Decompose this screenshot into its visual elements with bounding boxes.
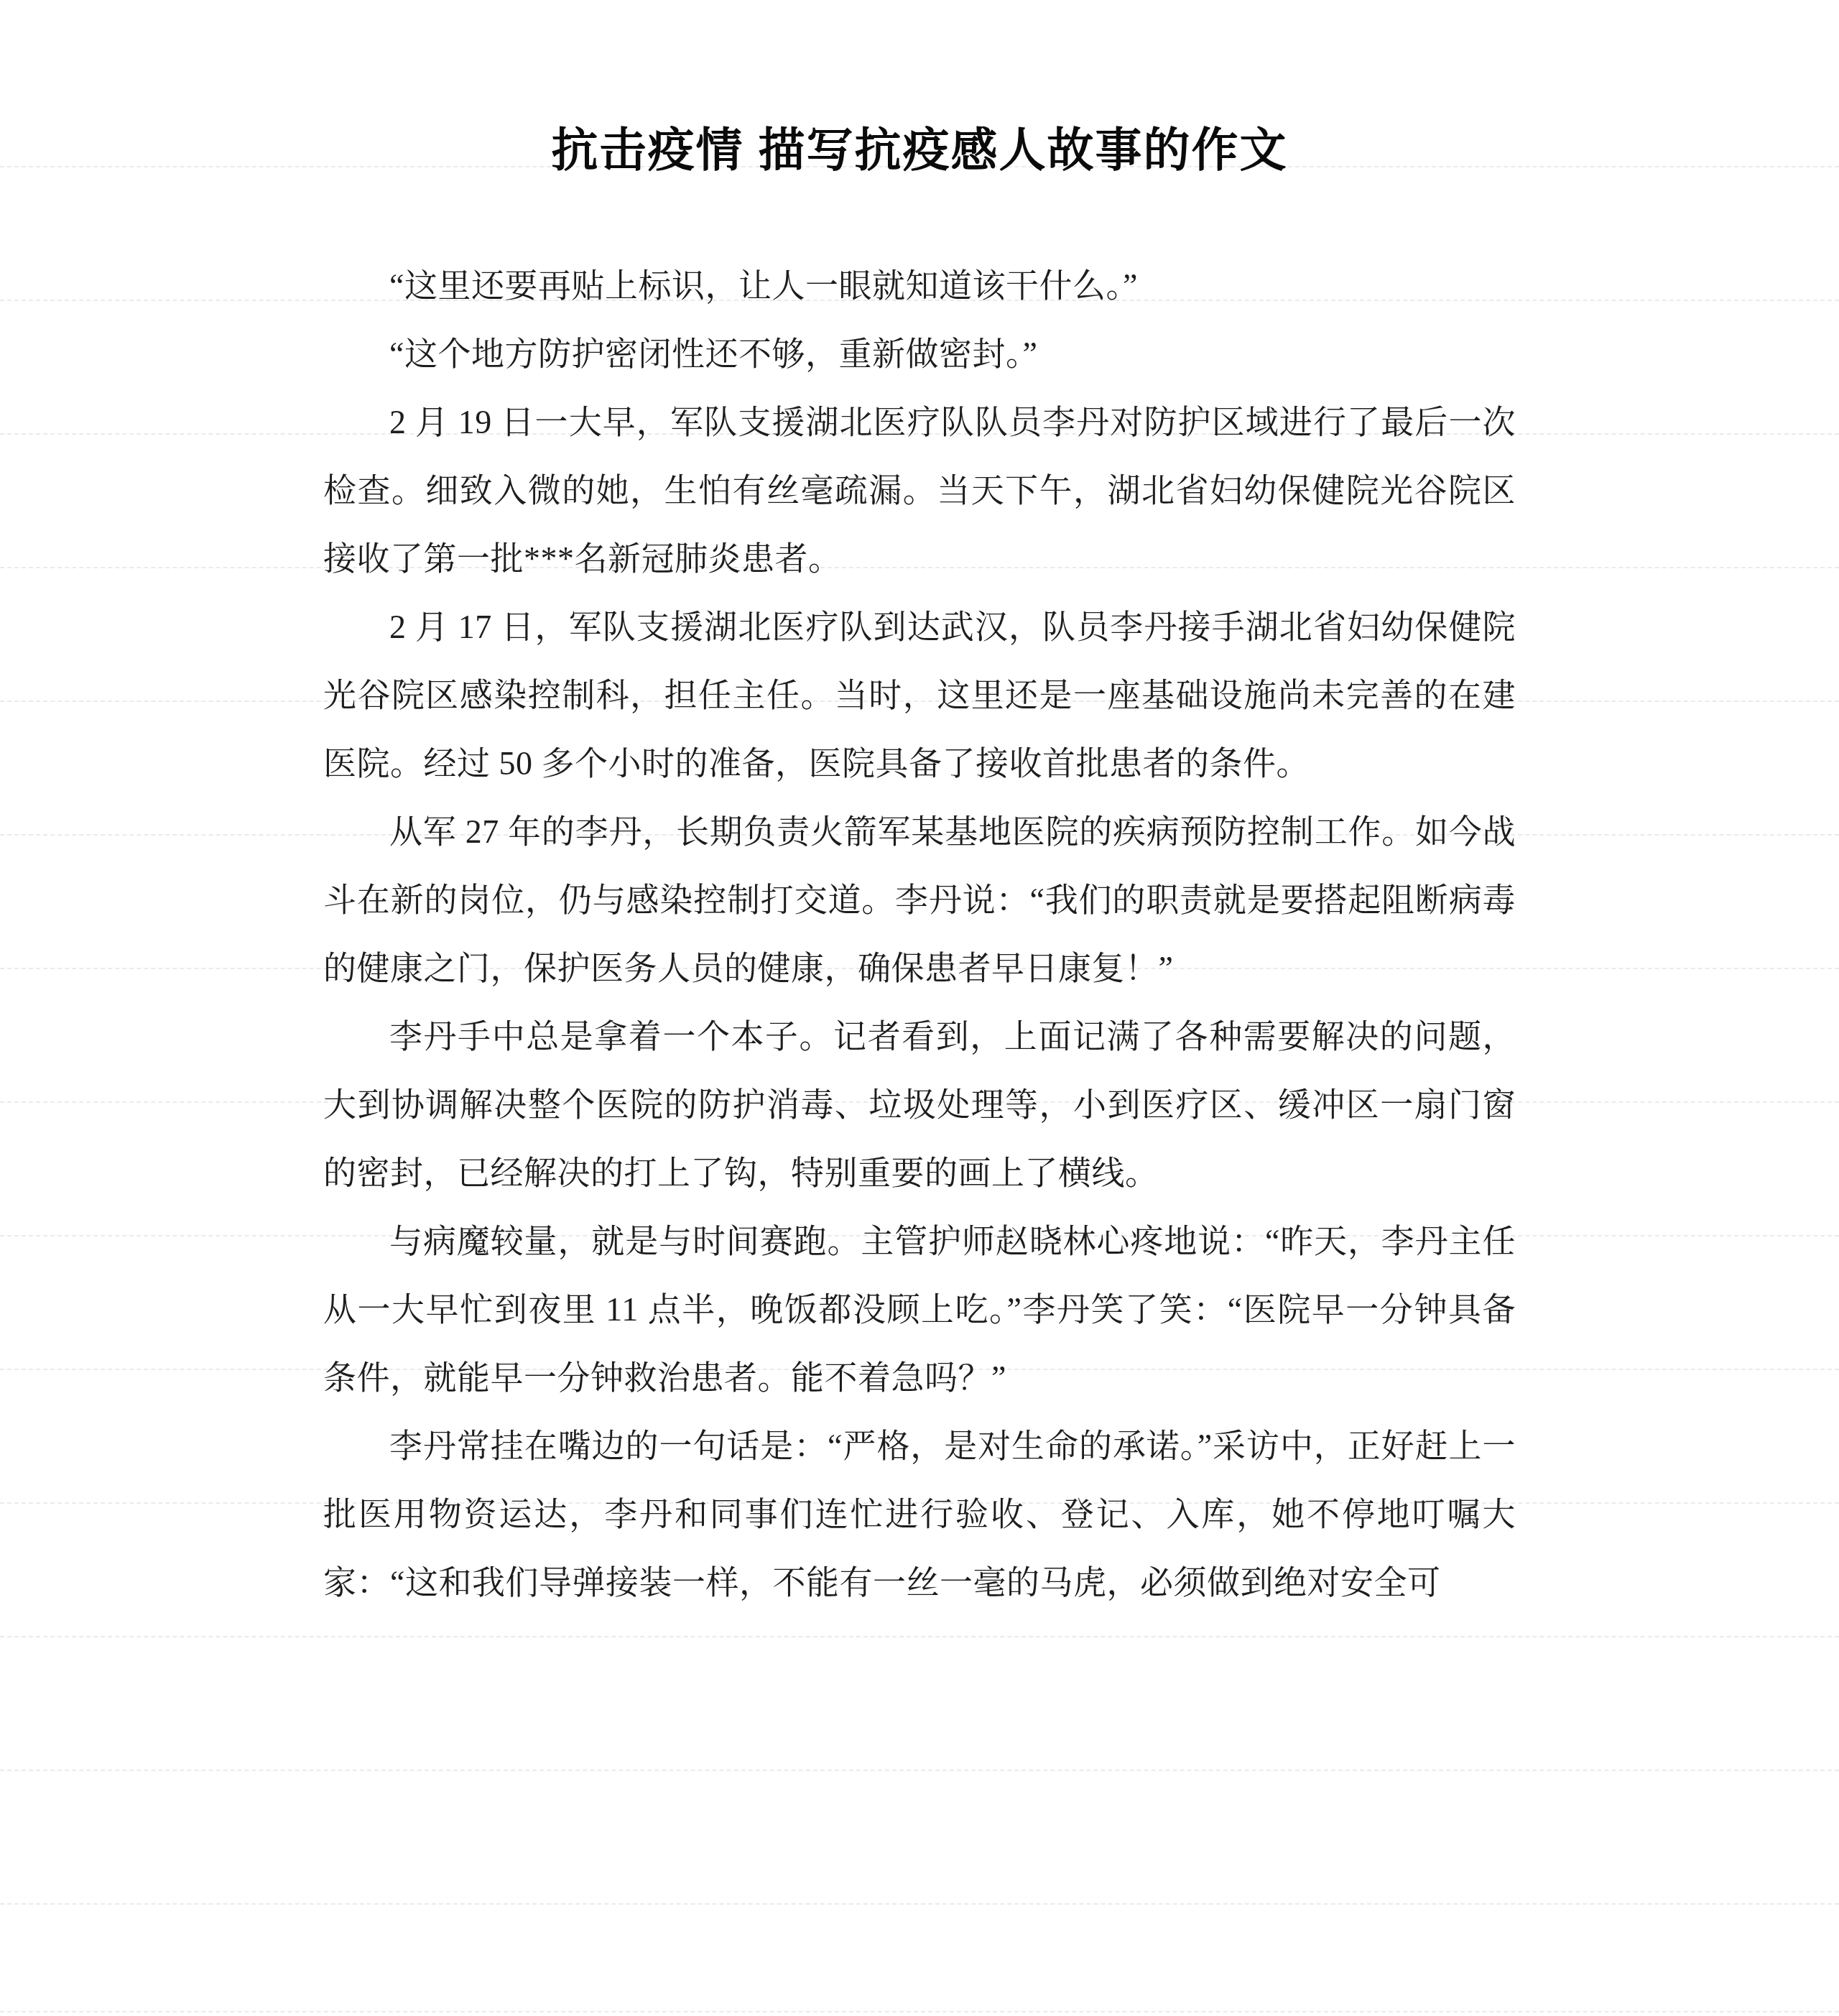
paragraph-feb19: 2 月 19 日一大早，军队支援湖北医疗队队员李丹对防护区域进行了最后一次检查。… [323,388,1516,593]
paragraph-strict: 李丹常挂在嘴边的一句话是：“严格，是对生命的承诺。”采访中，正好赶上一批医用物资… [323,1412,1516,1617]
ruled-line [0,1636,1839,1637]
ruled-line [0,1903,1839,1905]
ruled-line [0,1770,1839,1771]
paragraph-race: 与病魔较量，就是与时间赛跑。主管护师赵晓林心疼地说：“昨天，李丹主任从一大早忙到… [323,1207,1516,1412]
paragraph-quote-2: “这个地方防护密闭性还不够，重新做密封。” [323,320,1516,388]
paragraph-feb17: 2 月 17 日，军队支援湖北医疗队到达武汉，队员李丹接手湖北省妇幼保健院光谷院… [323,593,1516,797]
ruled-line [0,2011,1839,2012]
paragraph-notebook: 李丹手中总是拿着一个本子。记者看到，上面记满了各种需要解决的问题，大到协调解决整… [323,1002,1516,1207]
document-page: 抗击疫情 描写抗疫感人故事的作文 “这里还要再贴上标识，让人一眼就知道该干什么。… [0,0,1839,2016]
document-title: 抗击疫情 描写抗疫感人故事的作文 [323,112,1516,188]
paragraph-service: 从军 27 年的李丹，长期负责火箭军某基地医院的疾病预防控制工作。如今战斗在新的… [323,797,1516,1002]
paragraph-quote-1: “这里还要再贴上标识，让人一眼就知道该干什么。” [323,251,1516,320]
document-content: 抗击疫情 描写抗疫感人故事的作文 “这里还要再贴上标识，让人一眼就知道该干什么。… [323,0,1516,1617]
